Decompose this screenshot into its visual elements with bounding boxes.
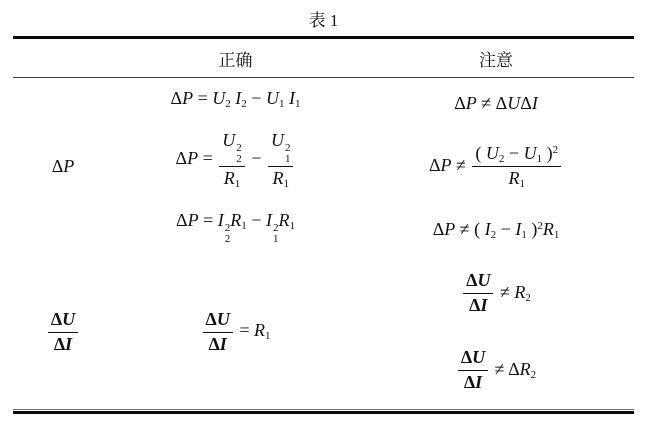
table-title: 表 1	[13, 6, 634, 31]
column-header-note: 注意	[358, 46, 634, 71]
data-table: 正确 注意 ΔPΔP = U2 I2 − U1 I1ΔP = U22R1 − U…	[13, 36, 634, 414]
table-row-group: ΔPΔP = U2 I2 − U1 I1ΔP = U22R1 − U21R1ΔP…	[13, 78, 634, 255]
paper-table-figure: 表 1 正确 注意 ΔPΔP = U2 I2 − U1 I1ΔP = U22R1…	[0, 0, 645, 428]
note-cell: ΔP ≠ ΔUΔIΔP ≠ ( U2 − U1 )2R1ΔP ≠ ( I2 − …	[358, 78, 634, 255]
formula-note: ΔUΔI ≠ R2	[461, 270, 531, 316]
formula-note: ΔP ≠ ( I2 − I1 )2R1	[433, 219, 560, 240]
note-cell: ΔUΔI ≠ R2ΔUΔI ≠ ΔR2	[358, 255, 634, 409]
table-body: ΔPΔP = U2 I2 − U1 I1ΔP = U22R1 − U21R1ΔP…	[13, 78, 634, 409]
row-label: ΔUΔI	[13, 255, 113, 409]
bottom-rule-thick	[13, 411, 634, 414]
formula-note: ΔUΔI ≠ ΔR2	[456, 347, 536, 393]
table-row-group: ΔUΔIΔUΔI = R1ΔUΔI ≠ R2ΔUΔI ≠ ΔR2	[13, 255, 634, 409]
formula-correct: ΔP = I22R1 − I21R1	[176, 210, 295, 245]
row-label: ΔP	[13, 78, 113, 255]
formula-correct: ΔP = U2 I2 − U1 I1	[171, 88, 301, 109]
header-row: 正确 注意	[13, 39, 634, 77]
formula-note: ΔP ≠ ( U2 − U1 )2R1	[429, 143, 563, 189]
formula-note: ΔP ≠ ΔUΔI	[454, 93, 538, 114]
column-header-correct: 正确	[113, 46, 358, 71]
formula-correct: ΔUΔI = R1	[201, 309, 271, 355]
correct-cell: ΔP = U2 I2 − U1 I1ΔP = U22R1 − U21R1ΔP =…	[113, 78, 358, 255]
correct-cell: ΔUΔI = R1	[113, 255, 358, 409]
formula-correct: ΔP = U22R1 − U21R1	[176, 130, 296, 190]
